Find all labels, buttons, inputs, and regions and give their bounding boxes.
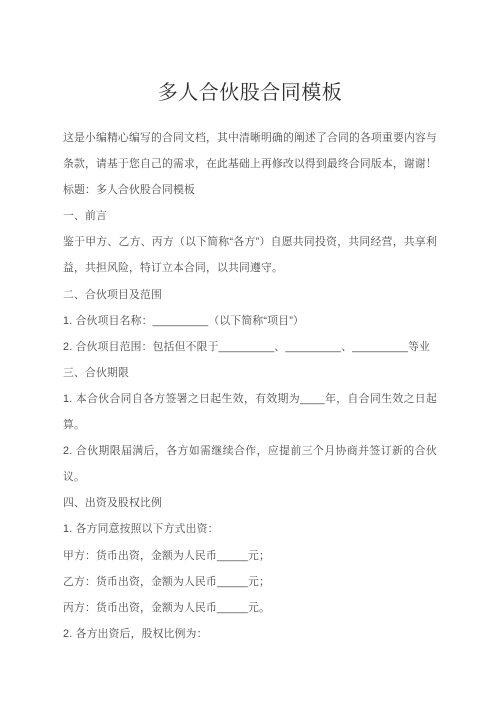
document-line-4: 一、前言 [63,203,437,229]
document-line-14: 议。 [63,464,437,490]
document-line-13: 2. 合伙期限届满后，各方如需继续合作，应提前三个月协商并签订新的合伙协 [63,438,437,464]
document-line-5: 鉴于甲方、乙方、丙方（以下简称“各方”）自愿共同投资，共同经营，共享利 [63,229,437,255]
document-line-6: 益，共担风险，特订立本合同，以共同遵守。 [63,255,437,281]
document-line-1: 这是小编精心编写的合同文档，其中清晰明确的阐述了合同的各项重要内容与 [63,125,437,151]
document-line-15: 四、出资及股权比例 [63,490,437,516]
document-line-9: 2. 合伙项目范围：包括但不限于_________、_________、____… [63,334,437,360]
document-line-7: 二、合伙项目及范围 [63,282,437,308]
document-line-10: 三、合伙期限 [63,360,437,386]
document-line-8: 1. 合伙项目名称：_________（以下简称“项目”） [63,308,437,334]
document-line-18: 乙方：货币出资，金额为人民币_____元； [63,569,437,595]
document-line-11: 1. 本合伙合同自各方签署之日起生效，有效期为____年，自合同生效之日起计 [63,386,437,412]
document-line-3: 标题：多人合伙股合同模板 [63,177,437,203]
document-body: 这是小编精心编写的合同文档，其中清晰明确的阐述了合同的各项重要内容与条款，请基于… [63,125,437,647]
document-line-20: 2. 各方出资后，股权比例为： [63,621,437,647]
document-line-17: 甲方：货币出资，金额为人民币_____元； [63,543,437,569]
document-line-2: 条款，请基于您自己的需求，在此基础上再修改以得到最终合同版本，谢谢！ [63,151,437,177]
document-title: 多人合伙股合同模板 [63,82,437,104]
document-page: 多人合伙股合同模板 这是小编精心编写的合同文档，其中清晰明确的阐述了合同的各项重… [0,0,500,707]
document-line-12: 算。 [63,412,437,438]
document-line-16: 1. 各方同意按照以下方式出资： [63,516,437,542]
document-line-19: 丙方：货币出资，金额为人民币_____元。 [63,595,437,621]
